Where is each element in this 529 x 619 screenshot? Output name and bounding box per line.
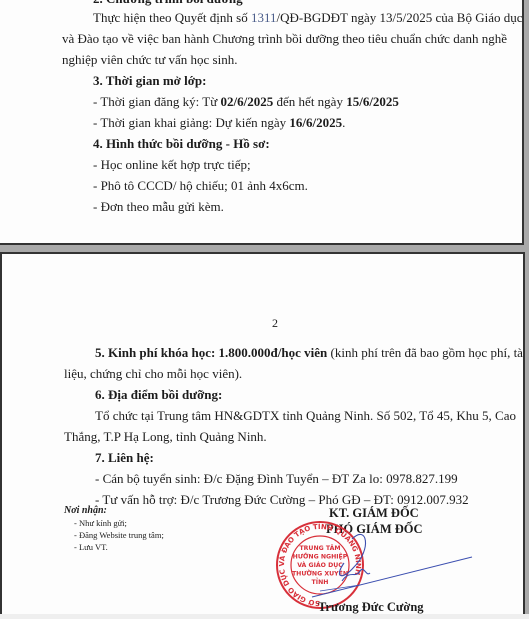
- svg-text:VÀ GIÁO DỤC: VÀ GIÁO DỤC: [297, 560, 343, 569]
- section5-line2: liệu, chứng chỉ cho mỗi học viên).: [64, 366, 242, 381]
- recipients-heading: Nơi nhận:: [64, 505, 107, 516]
- list-item: - Phô tô CCCD/ hộ chiếu; 01 ảnh 4x6cm.: [93, 178, 308, 193]
- svg-text:TỈNH: TỈNH: [312, 576, 329, 586]
- recipient-item: - Như kính gửi;: [74, 518, 127, 528]
- text: 16/6/2025: [289, 115, 342, 130]
- section5-heading: 5. Kinh phí khóa học:: [95, 345, 215, 360]
- text: 15/6/2025: [346, 94, 399, 109]
- section3-heading: 3. Thời gian mở lớp:: [93, 73, 206, 88]
- section6-heading: 6. Địa điểm bồi dưỡng:: [95, 387, 222, 402]
- text: (kinh phí trên đã bao gồm học phí, tài: [327, 345, 525, 360]
- registration-period: - Thời gian đăng ký: Từ 02/6/2025 đến hế…: [93, 94, 399, 109]
- course-fee: 1.800.000đ/học viên: [215, 345, 327, 360]
- text: đến hết ngày: [273, 94, 346, 109]
- section2-paragraph-line2: và Đào tạo về việc ban hành Chương trình…: [62, 31, 507, 46]
- opening-date: - Thời gian khai giảng: Dự kiến ngày 16/…: [93, 115, 345, 130]
- text: .: [342, 115, 345, 130]
- list-item: - Học online kết hợp trực tiếp;: [93, 157, 251, 172]
- section2-heading-cut: 2. Chương trình bồi dưỡng: [93, 0, 243, 6]
- viewer-bottom-strip: [0, 614, 529, 619]
- contact-item: - Cán bộ tuyển sinh: Đ/c Đặng Đình Tuyển…: [95, 471, 458, 486]
- section2-paragraph-line3: nghiệp viên chức tư vấn học sinh.: [62, 52, 237, 67]
- text: /QĐ-BGDĐT ngày 13/5/2025 của Bộ Giáo dục: [277, 10, 523, 25]
- svg-text:HƯỚNG NGHIỆP: HƯỚNG NGHIỆP: [293, 552, 348, 561]
- signer-name: Trương Đức Cường: [318, 600, 424, 615]
- text: Thực hiện theo Quyết định số: [93, 10, 251, 25]
- text: 02/6/2025: [221, 94, 274, 109]
- page-number: 2: [272, 316, 278, 331]
- document-page-1: 2. Chương trình bồi dưỡng Thực hiện theo…: [0, 0, 524, 245]
- document-page-2: 2 5. Kinh phí khóa học: 1.800.000đ/học v…: [0, 252, 525, 616]
- recipient-item: - Đăng Website trung tâm;: [74, 530, 164, 540]
- section5-line1: 5. Kinh phí khóa học: 1.800.000đ/học viê…: [95, 345, 525, 360]
- section4-heading: 4. Hình thức bồi dưỡng - Hồ sơ:: [93, 136, 270, 151]
- svg-text:TRUNG TÂM: TRUNG TÂM: [299, 543, 340, 552]
- section7-heading: 7. Liên hệ:: [95, 450, 154, 465]
- text: - Thời gian khai giảng: Dự kiến ngày: [93, 115, 289, 130]
- recipient-item: - Lưu VT.: [74, 542, 108, 552]
- contact-item: - Tư vấn hỗ trợ: Đ/c Trương Đức Cường – …: [95, 492, 469, 507]
- text: 1311: [251, 10, 277, 25]
- location-line1: Tổ chức tại Trung tâm HN&GDTX tỉnh Quảng…: [95, 408, 516, 423]
- section2-paragraph-line1: Thực hiện theo Quyết định số 1311/QĐ-BGD…: [93, 10, 523, 25]
- list-item: - Đơn theo mẫu gửi kèm.: [93, 199, 224, 214]
- text: - Thời gian đăng ký: Từ: [93, 94, 221, 109]
- location-line2: Thắng, T.P Hạ Long, tỉnh Quảng Ninh.: [64, 429, 267, 444]
